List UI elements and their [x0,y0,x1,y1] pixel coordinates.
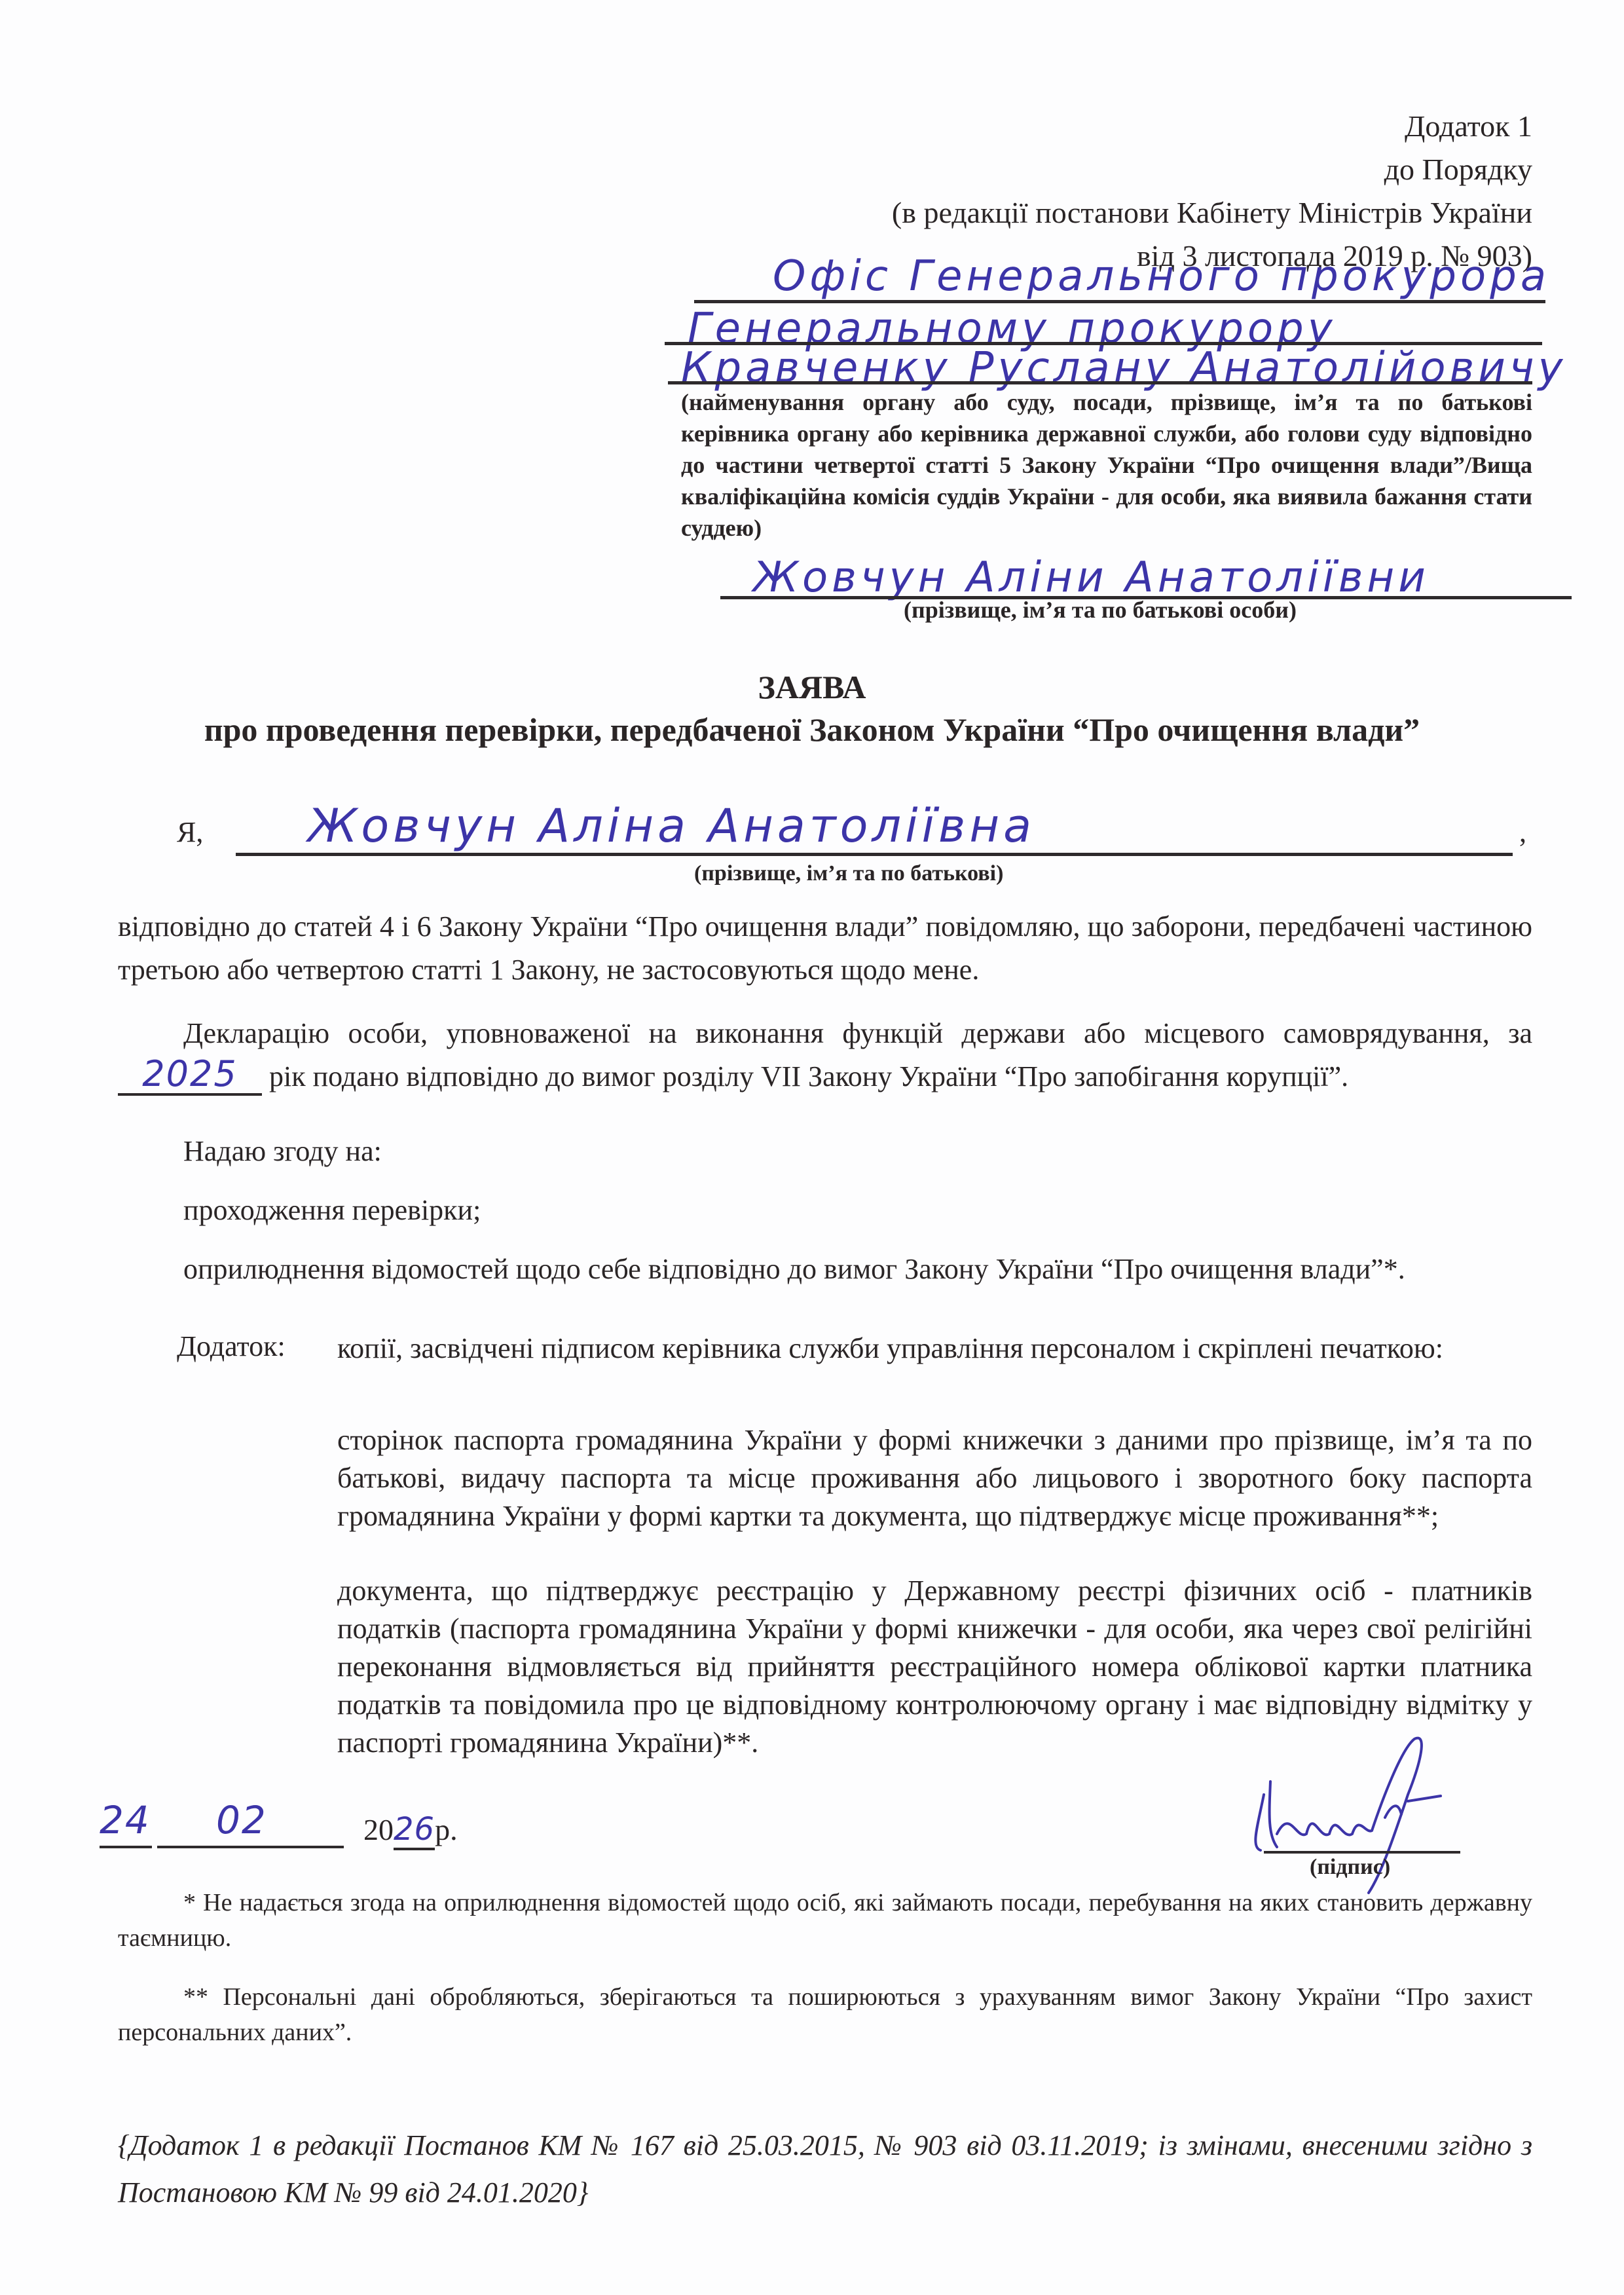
date-day-handwritten: 24 [100,1798,151,1842]
declaration-year-field: 2025 [118,1058,262,1096]
attachment-item-tax-registration: документа, що підтверджує реєстрацію у Д… [337,1572,1532,1762]
statement-paragraph-prohibitions: відповідно до статей 4 і 6 Закону Україн… [118,905,1532,992]
date-year: 2026р. [363,1811,458,1848]
document-subtitle: про проведення перевірки, передбаченої З… [0,711,1624,749]
header-line-procedure: до Порядку [892,148,1532,191]
applicant-handwritten-name: Жовчун Аліни Анатоліївни [753,553,1430,602]
date-year-prefix: 20 [363,1813,394,1846]
attachment-item-passport: сторінок паспорта громадянина України у … [337,1421,1532,1535]
statement-prefix: Я, [177,815,203,849]
signature-caption: (підпис) [1310,1855,1390,1880]
consent-intro: Надаю згоду на: [183,1130,1598,1173]
date-year-unit: р. [435,1813,458,1846]
date-month-handwritten: 02 [216,1798,267,1842]
statement-suffix: , [1519,815,1526,849]
footnote-personal-data: ** Персональні дані обробляються, зберіг… [118,1979,1532,2050]
addressee-handwritten-line-1: Офіс Генерального прокурора [773,252,1550,301]
declaration-text-after: рік подано відповідно до вимог розділу V… [269,1060,1348,1092]
addressee-handwritten-line-3: Кравченку Руслану Анатолійовичу [681,344,1566,392]
statement-paragraph-declaration: Декларацію особи, уповноваженої на викон… [118,1012,1532,1098]
document-title: ЗАЯВА [0,668,1624,706]
date-month-underline [157,1846,344,1848]
statement-name-underline [236,853,1513,856]
header-line-edition: (в редакції постанови Кабінету Міністрів… [892,191,1532,234]
declaration-year-handwritten: 2025 [142,1053,237,1094]
addressee-underline-3 [668,381,1532,384]
date-year-suffix-handwritten: 26 [394,1811,435,1850]
addressee-underline-1 [694,300,1545,303]
consent-item-publication: оприлюднення відомостей щодо себе відпов… [118,1248,1532,1291]
declaration-text-before: Декларацію особи, уповноваженої на викон… [183,1017,1532,1049]
applicant-caption: (прізвище, ім’я та по батькові особи) [904,596,1297,624]
addressee-caption: (найменування органу або суду, посади, п… [681,386,1532,544]
statement-handwritten-name: Жовчун Аліна Анатоліївна [308,799,1035,853]
amendment-note: {Додаток 1 в редакції Постанов КМ № 167 … [118,2122,1532,2216]
attachment-label: Додаток: [177,1330,286,1363]
signature-handwritten [1257,1782,1401,1854]
attachment-intro: копії, засвідчені підписом керівника слу… [337,1330,1532,1368]
signature-underline [1264,1851,1460,1854]
header-line-annex: Додаток 1 [892,105,1532,148]
footnote-state-secret: * Не надається згода на оприлюднення від… [118,1885,1532,1956]
date-day-underline [100,1846,152,1848]
statement-name-caption: (прізвище, ім’я та по батькові) [694,861,1003,886]
consent-item-verification: проходження перевірки; [183,1189,1598,1232]
